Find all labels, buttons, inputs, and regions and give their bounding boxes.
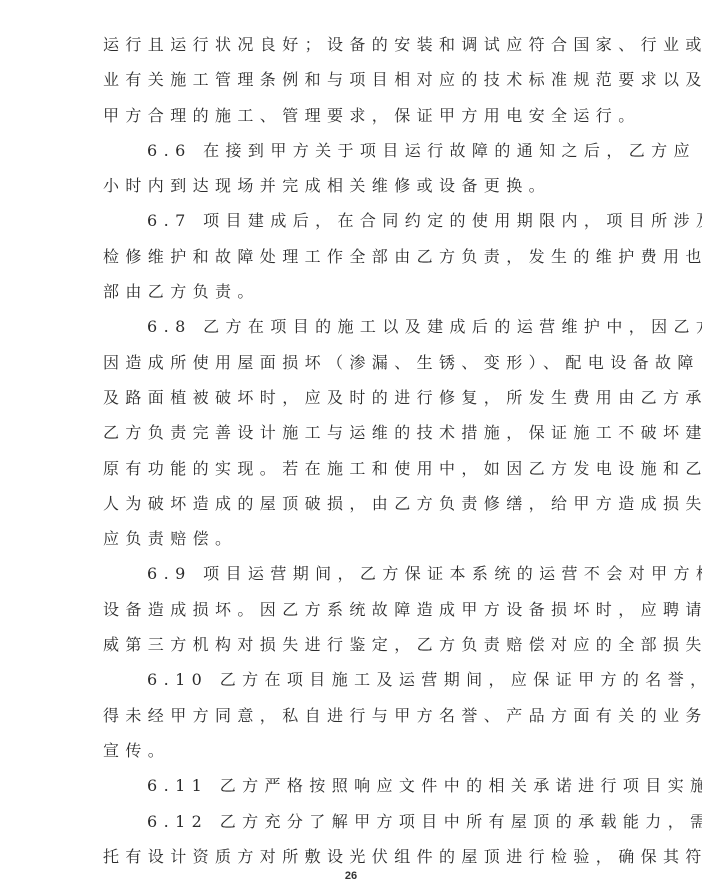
text-line: 得未经甲方同意，私自进行与甲方名誉、产品方面有关的业务或	[103, 698, 603, 733]
text-line: 部由乙方负责。	[103, 274, 603, 309]
text-line: 业有关施工管理条例和与项目相对应的技术标准规范要求以及	[103, 62, 603, 97]
clause-6-10: 6.10 乙方在项目施工及运营期间，应保证甲方的名誉，不	[103, 662, 603, 697]
text-line: 运行且运行状况良好；设备的安装和调试应符合国家、行业或企	[103, 27, 603, 62]
text-line: 乙方负责完善设计施工与运维的技术措施，保证施工不破坏建筑	[103, 415, 603, 450]
text-line: 应负责赔偿。	[103, 521, 603, 556]
text-line: 宣传。	[103, 733, 603, 768]
text-line: 托有设计资质方对所敷设光伏组件的屋顶进行检验，确保其符合	[103, 839, 603, 874]
clause-6-7: 6.7 项目建成后，在合同约定的使用期限内，项目所涉及的	[103, 203, 603, 238]
text-line: 人为破坏造成的屋顶破损，由乙方负责修缮，给甲方造成损失的，	[103, 486, 603, 521]
text-line: 设备造成损坏。因乙方系统故障造成甲方设备损坏时，应聘请权	[103, 592, 603, 627]
contract-body-text: 运行且运行状况良好；设备的安装和调试应符合国家、行业或企 业有关施工管理条例和与…	[103, 27, 603, 874]
clause-6-9: 6.9 项目运营期间，乙方保证本系统的运营不会对甲方相关	[103, 556, 603, 591]
page-number: 26	[0, 870, 702, 882]
text-line: 因造成所使用屋面损坏（渗漏、生锈、变形）、配电设备故障以	[103, 345, 603, 380]
clause-6-8: 6.8 乙方在项目的施工以及建成后的运营维护中，因乙方原	[103, 309, 603, 344]
text-line: 小时内到达现场并完成相关维修或设备更换。	[103, 168, 603, 203]
text-line: 检修维护和故障处理工作全部由乙方负责，发生的维护费用也全	[103, 239, 603, 274]
text-line: 原有功能的实现。若在施工和使用中，如因乙方发电设施和乙方	[103, 451, 603, 486]
clause-6-6: 6.6 在接到甲方关于项目运行故障的通知之后，乙方应 8	[103, 133, 603, 168]
text-line: 威第三方机构对损失进行鉴定，乙方负责赔偿对应的全部损失。	[103, 627, 603, 662]
clause-6-11: 6.11 乙方严格按照响应文件中的相关承诺进行项目实施。	[103, 768, 603, 803]
text-line: 及路面植被破坏时，应及时的进行修复，所发生费用由乙方承担。	[103, 380, 603, 415]
document-page: 运行且运行状况良好；设备的安装和调试应符合国家、行业或企 业有关施工管理条例和与…	[0, 0, 702, 890]
text-line: 甲方合理的施工、管理要求，保证甲方用电安全运行。	[103, 98, 603, 133]
clause-6-12: 6.12 乙方充分了解甲方项目中所有屋顶的承载能力，需委	[103, 804, 603, 839]
